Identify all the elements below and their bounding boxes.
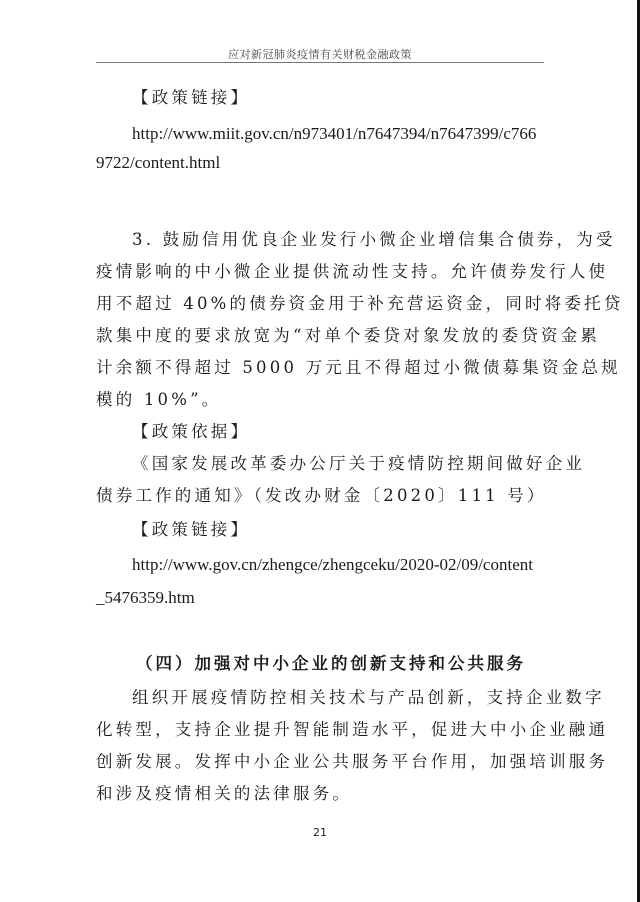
section-4-paragraph-line: 创新发展。发挥中小企业公共服务平台作用，加强培训服务 <box>96 752 544 772</box>
policy-link-label: 【政策链接】 <box>132 88 580 108</box>
policy-link-url[interactable]: http://www.miit.gov.cn/n973401/n7647394/… <box>132 124 580 144</box>
policy-basis-document: 《国家发展改革委办公厅关于疫情防控期间做好企业 <box>132 454 580 474</box>
policy-link-url[interactable]: http://www.gov.cn/zhengce/zhengceku/2020… <box>132 555 580 575</box>
policy-basis-label: 【政策依据】 <box>132 422 580 442</box>
policy-basis-document-cont: 债券工作的通知》（发改办财金〔2020〕111 号） <box>96 486 544 506</box>
policy-link-label: 【政策链接】 <box>132 520 580 540</box>
section-4-paragraph-line: 化转型，支持企业提升智能制造水平，促进大中小企业融通 <box>96 720 544 740</box>
policy-link-url-cont[interactable]: _5476359.htm <box>96 588 544 608</box>
page-number: 21 <box>0 826 640 839</box>
policy-link-url-cont[interactable]: 9722/content.html <box>96 153 544 173</box>
item-3-paragraph-line: 计余额不得超过 5000 万元且不得超过小微债募集资金总规 <box>96 358 544 378</box>
item-3-paragraph-line: 用不超过 40%的债券资金用于补充营运资金，同时将委托贷 <box>96 294 544 314</box>
item-3-paragraph-line: 模的 10%”。 <box>96 390 544 410</box>
section-4-paragraph-line: 和涉及疫情相关的法律服务。 <box>96 784 544 804</box>
item-3-paragraph-line: 疫情影响的中小微企业提供流动性支持。允许债券发行人使 <box>96 262 544 282</box>
item-3-paragraph-line: 款集中度的要求放宽为“对单个委贷对象发放的委贷资金累 <box>96 326 544 346</box>
header-divider <box>96 62 544 63</box>
section-heading: （四）加强对中小企业的创新支持和公共服务 <box>136 654 584 674</box>
section-4-paragraph-line: 组织开展疫情防控相关技术与产品创新，支持企业数字 <box>132 688 580 708</box>
running-header: 应对新冠肺炎疫情有关财税金融政策 <box>96 46 544 62</box>
item-3-paragraph-line: 3. 鼓励信用优良企业发行小微企业增信集合债券，为受 <box>132 230 580 250</box>
